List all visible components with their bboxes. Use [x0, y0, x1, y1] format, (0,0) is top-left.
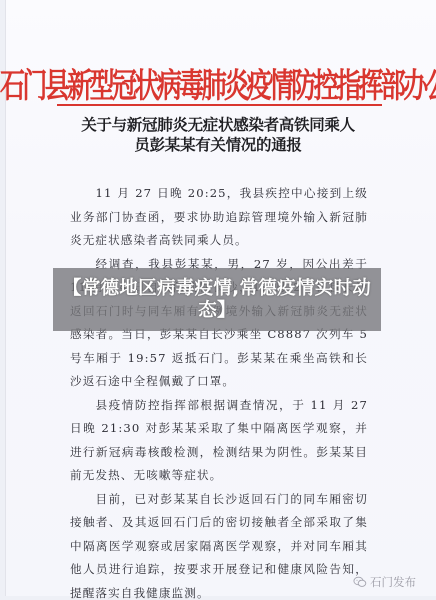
watermark-label: 石门发布	[370, 574, 416, 590]
letterhead-title: 石门县新型冠状病毒肺炎疫情防控指挥部办公室	[0, 66, 436, 107]
headline-overlay-banner: 【常德地区病毒疫情,常德疫情实时动态】	[53, 268, 381, 331]
document-title: 关于与新冠肺炎无症状感染者高铁同乘人 员彭某某有关情况的通报	[0, 115, 436, 155]
letterhead-red-rule	[57, 104, 382, 106]
body-paragraph: 目前，已对彭某某自长沙返回石门的同车厢密切接触者、及其返回石门后的密切接触者全部…	[70, 488, 368, 600]
overlay-headline: 【常德地区病毒疫情,常德疫情实时动态】	[56, 278, 378, 322]
body-paragraph: 县疫情防控指挥部根据调查情况，于 11 月 27 日晚 21:30 对彭某某采取…	[70, 394, 368, 488]
document-body: 11 月 27 日晚 20:25，我县疾控中心接到上级业务部门协查函，要求协助追…	[70, 182, 368, 600]
document-title-line-2: 员彭某某有关情况的通报	[0, 135, 436, 155]
body-paragraph: 11 月 27 日晚 20:25，我县疾控中心接到上级业务部门协查函，要求协助追…	[70, 182, 368, 253]
wechat-icon	[353, 576, 367, 588]
source-watermark: 石门发布	[353, 574, 416, 590]
document-title-line-1: 关于与新冠肺炎无症状感染者高铁同乘人	[0, 115, 436, 135]
